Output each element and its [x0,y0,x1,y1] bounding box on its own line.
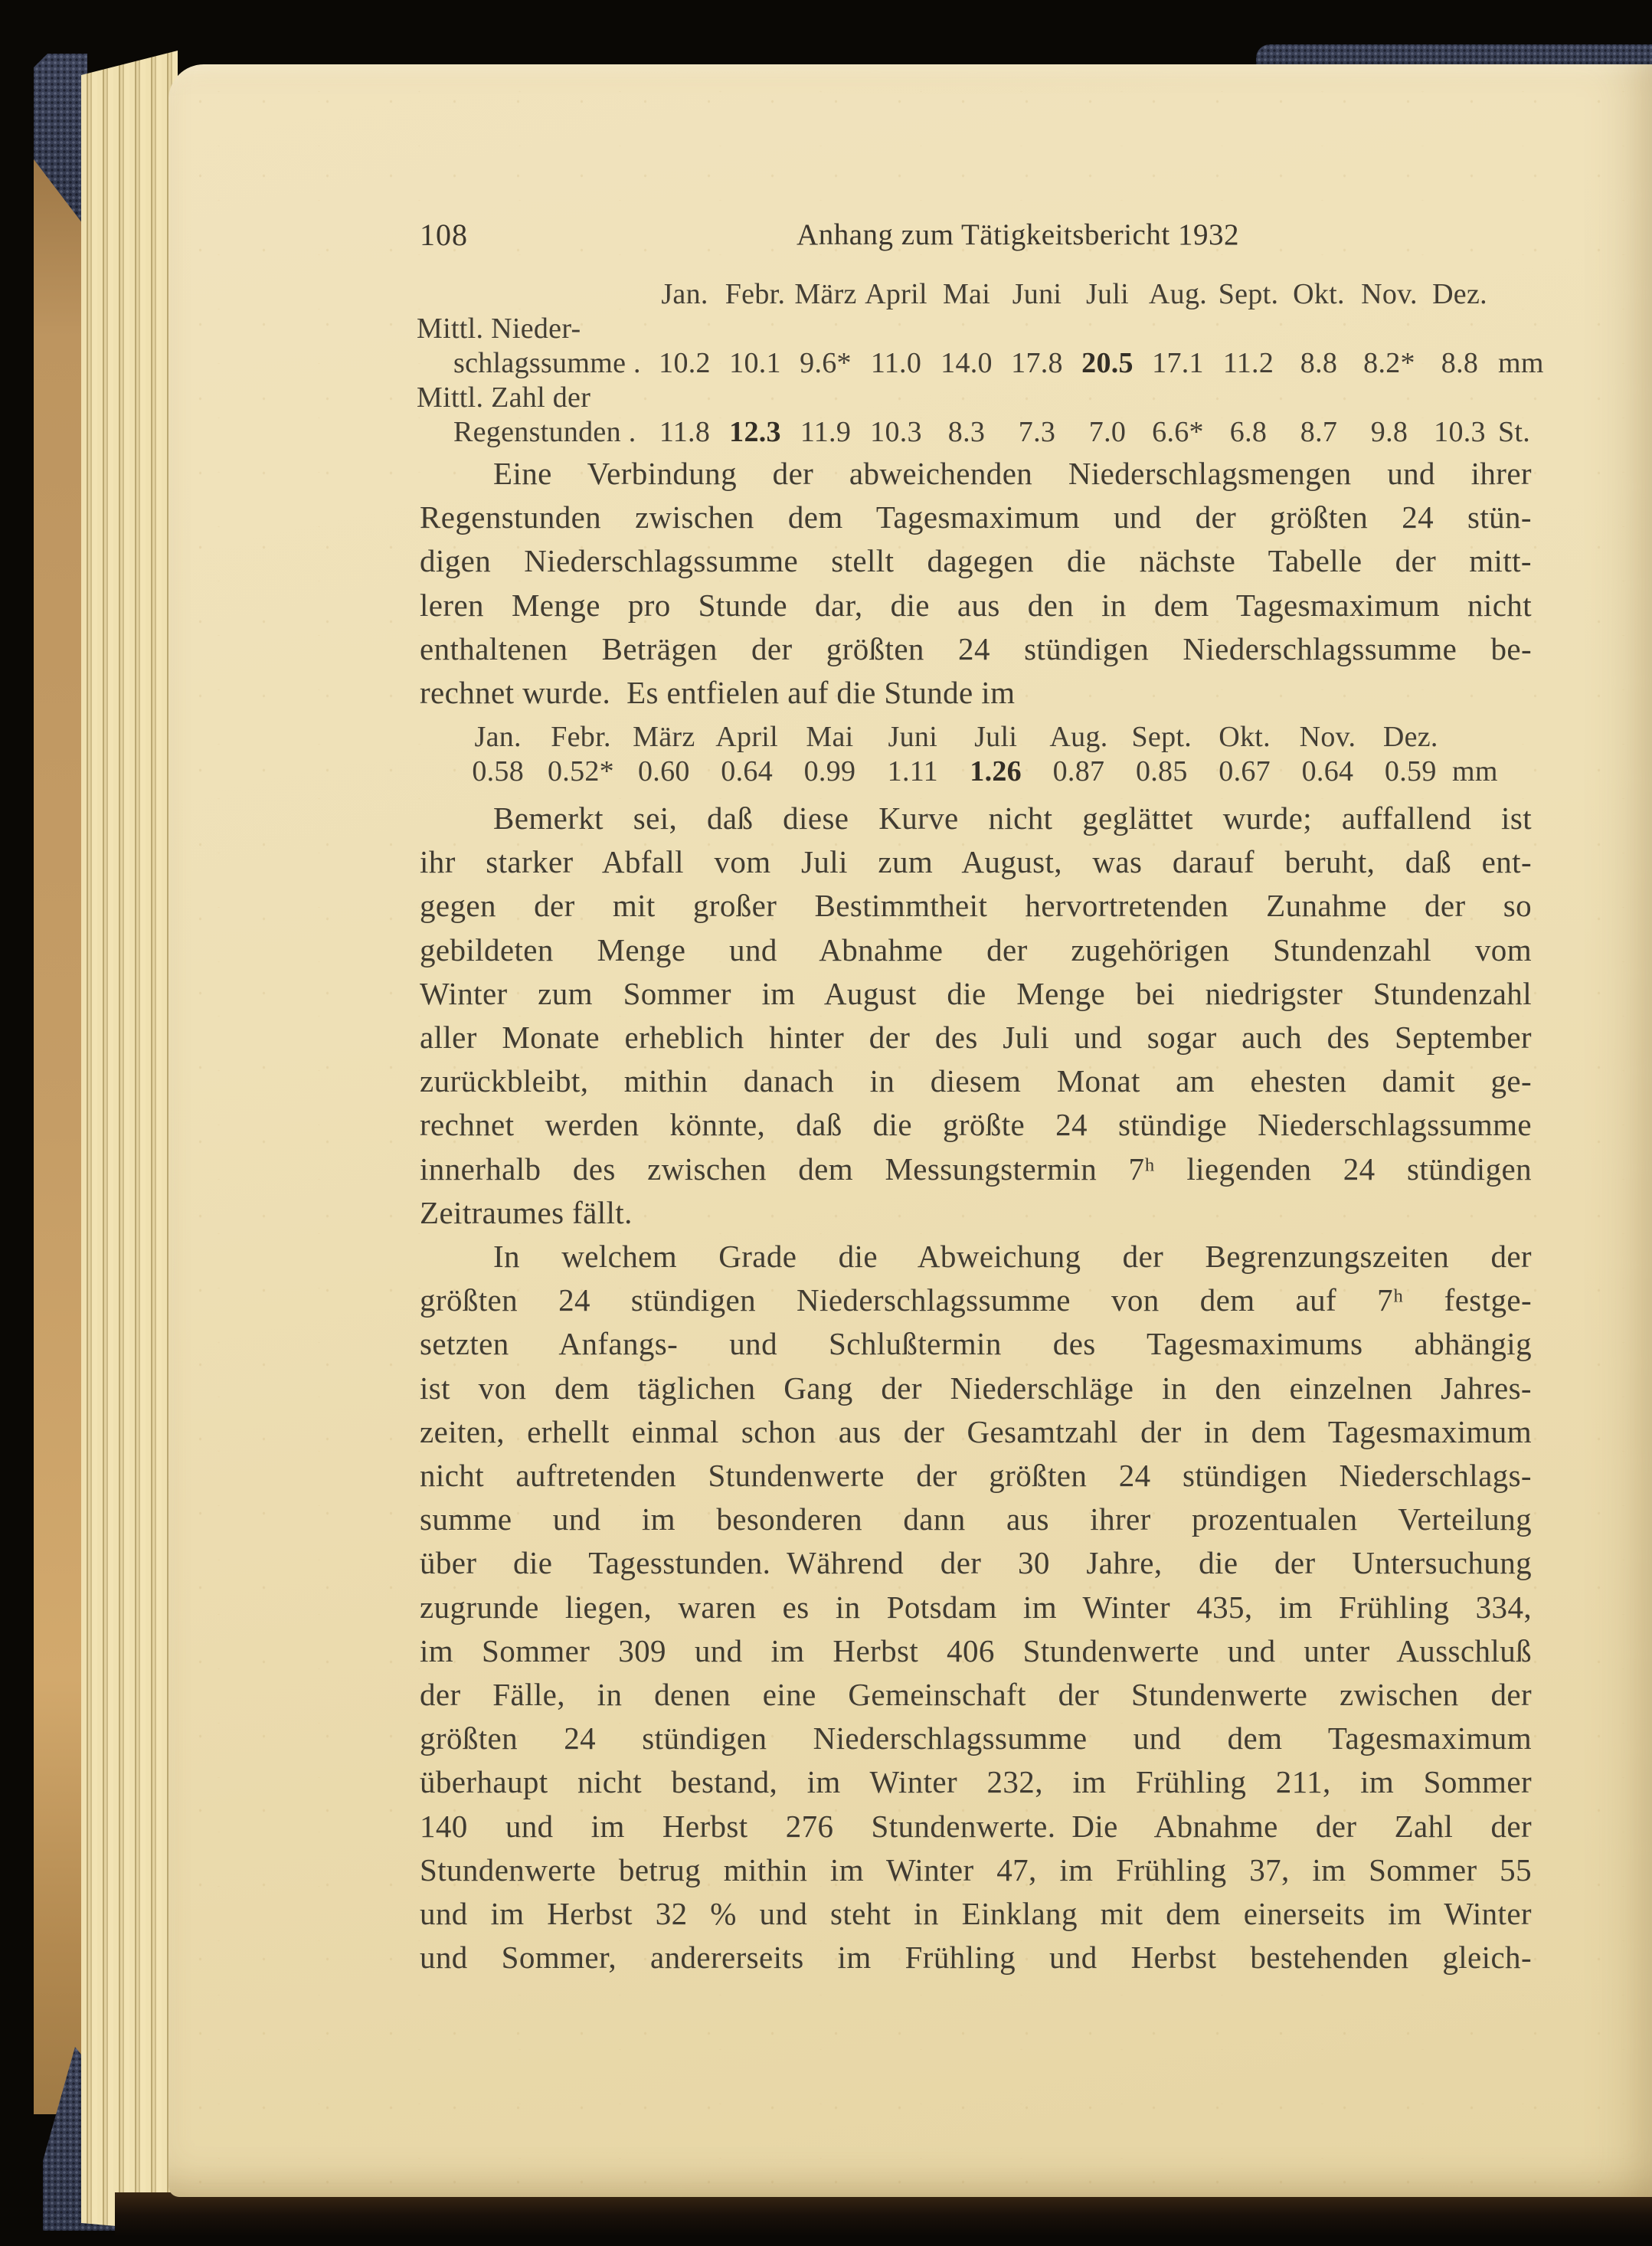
running-header: Anhang zum Tätigkeitsbericht 1932 [420,218,1532,253]
table-cell: März [623,720,705,755]
table-cell: 11.2 [1213,346,1284,381]
table-cell: Mai [788,720,871,755]
table-cell: April [861,277,931,312]
text-line: rechnet wurde. Es entfielen auf die Stun… [420,671,1532,715]
table-cell: 11.9 [790,415,861,450]
text-line: und Sommer, andererseits im Frühling und… [420,1936,1532,1979]
text-line: gegen der mit großer Bestimmtheit hervor… [420,884,1532,928]
table-cell: 12.3 [720,415,790,450]
table-cell: 9.6* [790,346,861,381]
table-cell: Juni [1002,277,1072,312]
text-line: Bemerkt sei, daß diese Kurve nicht geglä… [420,797,1532,840]
table-row-label: Mittl. Zahl der [417,381,1553,415]
text-line: rechnet werden könnte, daß die größte 24… [420,1103,1532,1147]
table-cell: 10.1 [720,346,790,381]
table-cell: Juli [1072,277,1143,312]
unit-label [1495,277,1553,312]
text-line: nicht auftretenden Stundenwerte der größ… [420,1454,1532,1498]
table-cell: 8.8 [1284,346,1354,381]
table-cell: 0.85 [1120,755,1203,789]
table-cell: März [790,277,861,312]
table-row-values: schlagssumme . 10.210.19.6*11.014.017.82… [417,346,1553,381]
table-cell: 10.3 [861,415,931,450]
scanned-book-photo: 108 Anhang zum Tätigkeitsbericht 1932 Ja… [0,0,1652,2246]
text-line: Stundenwerte betrug mithin im Winter 47,… [420,1848,1532,1892]
table-cell: Sept. [1213,277,1284,312]
table-cell: Jan. [649,277,720,312]
table-cell: 7.3 [1002,415,1072,450]
unit-label: mm [1495,346,1553,381]
row-label: Mittl. Nieder- [417,312,649,346]
table-row-values: Regenstunden . 11.812.311.910.38.37.37.0… [417,415,1553,450]
text-line: Winter zum Sommer im August die Menge be… [420,972,1532,1016]
table-cell: 20.5 [1072,346,1143,381]
value-cells: 0.580.52*0.600.640.991.111.260.870.850.6… [456,755,1452,789]
unit-label: mm [1452,755,1501,789]
table-cell: 1.11 [872,755,954,789]
hourly-amount-table: Jan.Febr.MärzAprilMaiJuniJuliAug.Sept.Ok… [420,720,1501,789]
month-header-cells: Jan.Febr.MärzAprilMaiJuniJuliAug.Sept.Ok… [649,277,1495,312]
table-cell: Nov. [1286,720,1369,755]
value-cells: 11.812.311.910.38.37.37.06.6*6.88.79.810… [649,415,1495,450]
text-line: Zeitraumes fällt. [420,1191,1532,1235]
table-cell: 8.8 [1425,346,1495,381]
text-line: im Sommer 309 und im Herbst 406 Stundenw… [420,1629,1532,1673]
table-cell: 0.60 [623,755,705,789]
row-label: Regenstunden . [417,415,649,450]
table-row-months: Jan.Febr.MärzAprilMaiJuniJuliAug.Sept.Ok… [420,720,1501,755]
table-cell: 0.52* [539,755,622,789]
table-cell: Febr. [720,277,790,312]
text-line: 140 und im Herbst 276 Stundenwerte. Die … [420,1805,1532,1848]
table-cell: 8.3 [931,415,1002,450]
table-cell: April [705,720,788,755]
text-line: setzten Anfangs- und Schlußtermin des Ta… [420,1322,1532,1366]
table-cell: Dez. [1425,277,1495,312]
table-cell: 0.59 [1369,755,1452,789]
unit-label [1452,720,1501,755]
text-line: zurückbleibt, mithin danach in diesem Mo… [420,1059,1532,1103]
table-cell: 10.3 [1425,415,1495,450]
text-line: zugrunde liegen, waren es in Potsdam im … [420,1586,1532,1629]
table-cell: Aug. [1037,720,1120,755]
text-line: zeiten, erhellt einmal schon aus der Ges… [420,1410,1532,1454]
text-line: und im Herbst 32 % und steht in Einklang… [420,1892,1532,1936]
table-cell: Dez. [1369,720,1452,755]
paragraph: In welchem Grade die Abweichung der Begr… [420,1235,1532,1979]
row-label: schlagssumme . [417,346,649,381]
spacer [420,755,456,789]
text-line: größten 24 stündigen Niederschlagssumme … [420,1279,1532,1322]
table-cell: 11.0 [861,346,931,381]
text-line: enthaltenen Beträgen der größten 24 stün… [420,627,1532,671]
table-cell: Juni [872,720,954,755]
text-line: innerhalb des zwischen dem Messungstermi… [420,1148,1532,1191]
table-cell: 0.87 [1037,755,1120,789]
table-cell: 10.2 [649,346,720,381]
table-row-values: 0.580.52*0.600.640.991.111.260.870.850.6… [420,755,1501,789]
page-content: 108 Anhang zum Tätigkeitsbericht 1932 Ja… [0,0,1652,2246]
row-label [417,277,649,312]
text-line: In welchem Grade die Abweichung der Begr… [420,1235,1532,1279]
text-line: der Fälle, in denen eine Gemeinschaft de… [420,1673,1532,1717]
table-cell: 6.6* [1143,415,1213,450]
text-line: Eine Verbindung der abweichenden Nieders… [420,452,1532,496]
table-cell: Okt. [1284,277,1354,312]
text-line: größten 24 stündigen Niederschlagssumme … [420,1717,1532,1760]
table-cell: 1.26 [954,755,1037,789]
table-cell: 7.0 [1072,415,1143,450]
text-line: gebildeten Menge und Abnahme der zugehör… [420,928,1532,972]
table-cell: 9.8 [1354,415,1425,450]
table-cell: Juli [954,720,1037,755]
table-cell: Febr. [539,720,622,755]
month-header-cells: Jan.Febr.MärzAprilMaiJuniJuliAug.Sept.Ok… [456,720,1452,755]
table-row-label: Mittl. Nieder- [417,312,1553,346]
table-cell: 8.2* [1354,346,1425,381]
unit-label: St. [1495,415,1553,450]
table-cell: 11.8 [649,415,720,450]
table-cell: 6.8 [1213,415,1284,450]
spacer [420,720,456,755]
table-cell: Okt. [1203,720,1286,755]
table-cell: 8.7 [1284,415,1354,450]
value-cells: 10.210.19.6*11.014.017.820.517.111.28.88… [649,346,1495,381]
text-line: ist von dem täglichen Gang der Niedersch… [420,1367,1532,1410]
table-cell: 0.64 [705,755,788,789]
table-cell: 0.67 [1203,755,1286,789]
paragraph: Bemerkt sei, daß diese Kurve nicht geglä… [420,797,1532,1235]
text-line: leren Menge pro Stunde dar, die aus den … [420,584,1532,627]
table-cell: Mai [931,277,1002,312]
table-cell: 0.99 [788,755,871,789]
table-row-months: Jan.Febr.MärzAprilMaiJuniJuliAug.Sept.Ok… [417,277,1553,312]
table-cell: Jan. [456,720,539,755]
table-cell: 0.58 [456,755,539,789]
paragraph: Eine Verbindung der abweichenden Nieders… [420,452,1532,715]
table-cell: 14.0 [931,346,1002,381]
text-line: über die Tagesstunden. Während der 30 Ja… [420,1541,1532,1585]
text-line: digen Niederschlagssumme stellt dagegen … [420,539,1532,583]
table-cell: 0.64 [1286,755,1369,789]
row-label: Mittl. Zahl der [417,381,649,415]
table-cell: 17.8 [1002,346,1072,381]
text-line: aller Monate erheblich hinter der des Ju… [420,1016,1532,1059]
precipitation-table: Jan.Febr.MärzAprilMaiJuniJuliAug.Sept.Ok… [417,277,1553,450]
table-cell: 17.1 [1143,346,1213,381]
text-line: Regenstunden zwischen dem Tagesmaximum u… [420,496,1532,539]
table-cell: Sept. [1120,720,1203,755]
table-cell: Nov. [1354,277,1425,312]
text-line: überhaupt nicht bestand, im Winter 232, … [420,1760,1532,1804]
text-line: ihr starker Abfall vom Juli zum August, … [420,840,1532,884]
text-line: summe und im besonderen dann aus ihrer p… [420,1498,1532,1541]
table-cell: Aug. [1143,277,1213,312]
